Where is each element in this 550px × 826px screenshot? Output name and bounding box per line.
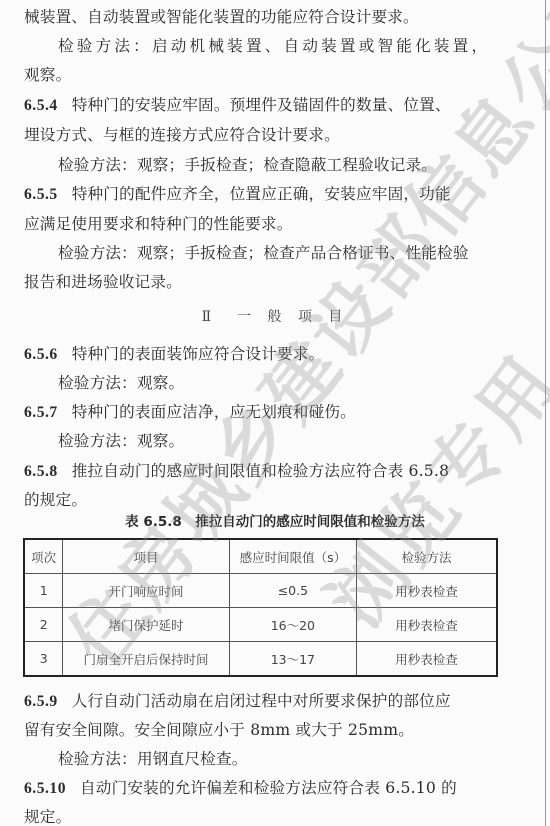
cell-no: 3 [24,642,63,677]
table-header-row: 项次 项目 感应时间限值（s） 检验方法 [24,539,497,574]
inspection-method: 检验方法：观察。 [58,430,533,452]
header-item: 项目 [63,539,229,574]
clause-6-5-9: 6.5.9人行自动门活动扇在启闭过程中对所要求保护的部位应 [24,690,499,713]
clause-6-5-4: 6.5.4特种门的安装应牢固。预埋件及锚固件的数量、位置、 [24,94,499,117]
header-item-no: 项次 [24,539,63,574]
text-line: 留有安全间隙。安全间隙应小于 8mm 或大于 25mm。 [24,719,499,741]
clause-6-5-10: 6.5.10自动门安装的允许偏差和检验方法应符合表 6.5.10 的 [24,777,499,800]
clause-6-5-6: 6.5.6特种门的表面装饰应符合设计要求。 [24,343,499,366]
inspection-method: 检验方法：用钢直尺检查。 [58,748,533,770]
clause-text: 人行自动门活动扇在启闭过程中对所要求保护的部位应 [72,692,451,710]
text-line: 的规定。 [24,489,499,511]
clause-text: 特种门的表面应洁净，应无划痕和碰伤。 [72,403,356,421]
clause-number: 6.5.4 [24,97,58,114]
inspection-method: 检验方法：观察。 [58,372,533,394]
text-line: 埋设方式、与框的连接方式应符合设计要求。 [24,124,499,146]
cell-limit: 13～17 [229,642,357,677]
header-time-limit: 感应时间限值（s） [229,539,357,574]
cell-limit: 16～20 [229,608,357,642]
cell-item: 门扇全开启后保持时间 [63,642,229,677]
clause-text: 推拉自动门的感应时间限值和检验方法应符合表 6.5.8 [72,462,450,480]
clause-6-5-7: 6.5.7特种门的表面应洁净，应无划痕和碰伤。 [24,401,499,424]
clause-number: 6.5.7 [24,404,58,421]
clause-number: 6.5.5 [24,186,58,203]
page-edge-rule [545,0,546,826]
clause-number: 6.5.6 [24,346,58,363]
clause-text: 特种门的表面装饰应符合设计要求。 [72,345,325,363]
clause-6-5-5: 6.5.5特种门的配件应齐全，位置应正确，安装应牢固，功能 [24,183,499,206]
text-line: 规定。 [24,806,499,826]
clause-text: 自动门安装的允许偏差和检验方法应符合表 6.5.10 的 [80,779,457,797]
inspection-method: 检验方法：启动机械装置、自动装置或智能化装置， [58,35,533,57]
cell-item: 堵门保护延时 [63,608,229,642]
table-caption: 表 6.5.8 推拉自动门的感应时间限值和检验方法 [0,510,550,530]
text-line: 观察。 [24,64,499,86]
table-row: 3 门扇全开启后保持时间 13～17 用秒表检查 [24,642,497,677]
clause-text: 特种门的安装应牢固。预埋件及锚固件的数量、位置、 [72,96,451,114]
clause-text: 特种门的配件应齐全，位置应正确，安装应牢固，功能 [72,185,451,203]
cell-method: 用秒表检查 [357,574,497,608]
clause-6-5-8: 6.5.8推拉自动门的感应时间限值和检验方法应符合表 6.5.8 [24,460,499,483]
table-row: 2 堵门保护延时 16～20 用秒表检查 [24,608,497,642]
header-method: 检验方法 [357,539,497,574]
table-row: 1 开门响应时间 ≤0.5 用秒表检查 [24,574,497,608]
cell-method: 用秒表检查 [357,608,497,642]
cell-item: 开门响应时间 [63,574,229,608]
document-page: 械装置、自动装置或智能化装置的功能应符合设计要求。 检验方法：启动机械装置、自动… [0,0,550,826]
cell-limit: ≤0.5 [229,574,357,608]
cell-no: 2 [24,608,63,642]
clause-number: 6.5.8 [24,463,58,480]
text-line: 报告和进场验收记录。 [24,271,499,293]
text-line: 械装置、自动装置或智能化装置的功能应符合设计要求。 [24,6,499,28]
text-line: 应满足使用要求和特种门的性能要求。 [24,213,499,235]
clause-number: 6.5.9 [24,693,58,710]
cell-method: 用秒表检查 [357,642,497,677]
inspection-method: 检验方法：观察；手扳检查；检查产品合格证书、性能检验 [58,242,533,264]
sensing-time-table: 项次 项目 感应时间限值（s） 检验方法 1 开门响应时间 ≤0.5 用秒表检查… [23,538,498,677]
section-heading: Ⅱ 一 般 项 目 [0,306,550,326]
inspection-method: 检验方法：观察；手扳检查；检查隐蔽工程验收记录。 [58,154,533,176]
cell-no: 1 [24,574,63,608]
clause-number: 6.5.10 [24,780,66,797]
